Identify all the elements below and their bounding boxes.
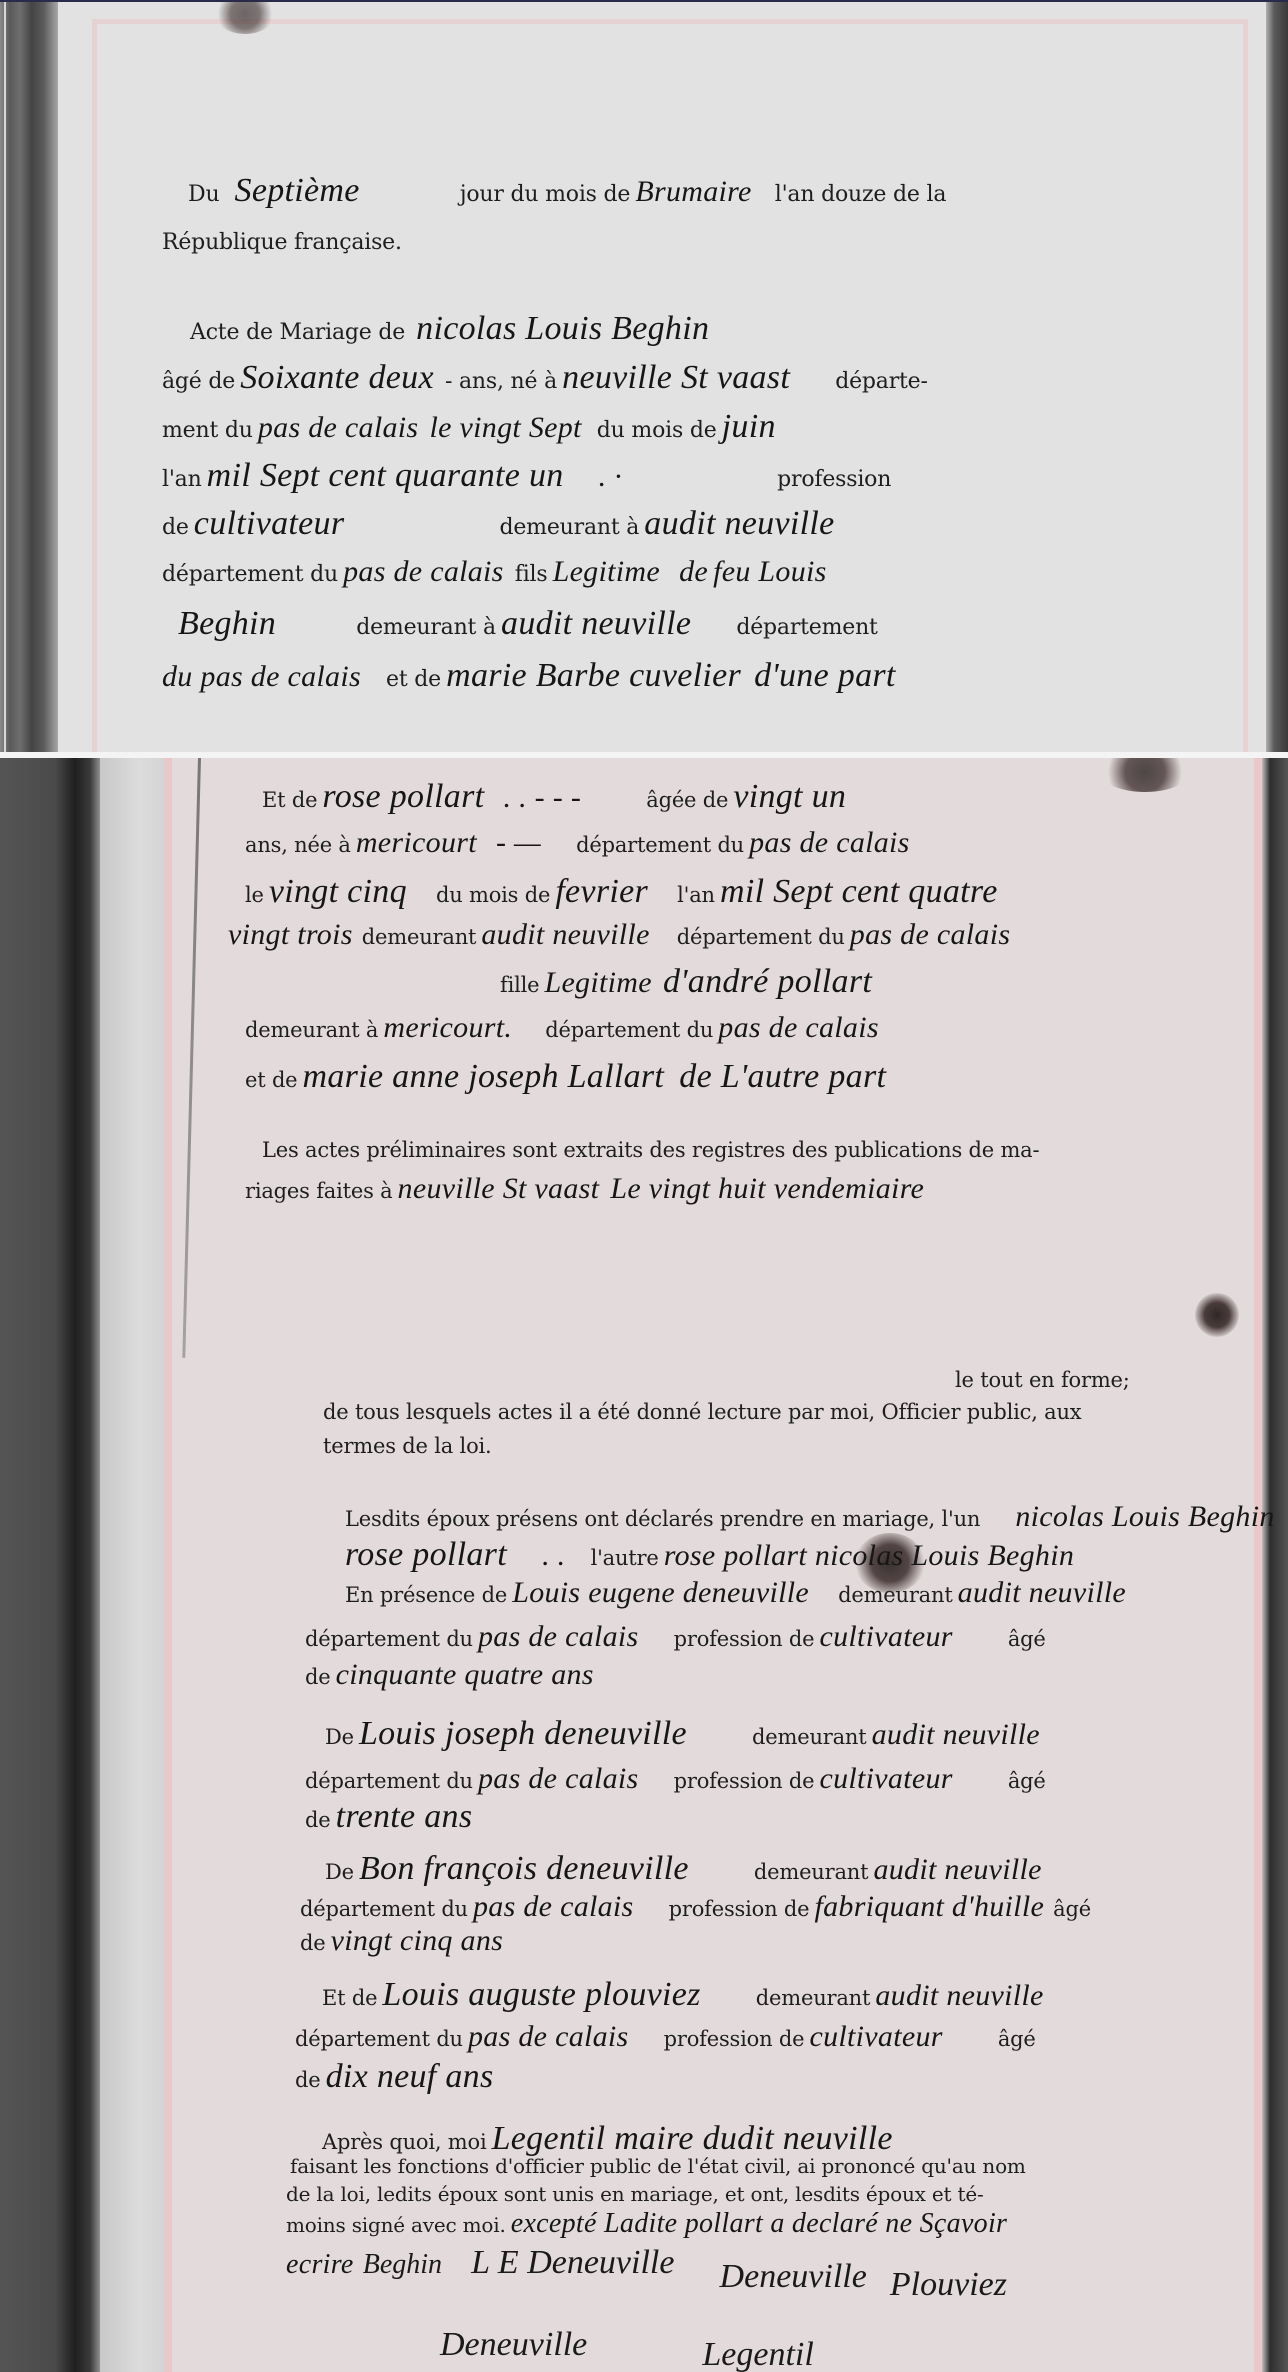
- handwritten-residence: audit neuville: [875, 1979, 1043, 2012]
- printed-text: - ans, né à: [445, 369, 557, 394]
- handwritten-filiation: Legitime: [553, 555, 660, 588]
- printed-text: département du: [295, 2027, 463, 2051]
- printed-text: département du: [300, 1897, 468, 1921]
- printed-text: et de: [245, 1068, 297, 1092]
- printed-text: le tout en forme;: [955, 1368, 1130, 1392]
- witness-1-line: En présence de Louis eugene deneuville d…: [345, 1576, 1126, 1610]
- printed-text: Acte de Mariage de: [190, 320, 405, 345]
- handwritten-department: pas de calais: [850, 918, 1011, 951]
- handwritten-age: cinquante quatre ans: [336, 1658, 594, 1691]
- handwritten-profession: cultivateur: [194, 505, 345, 542]
- register-page-1: Du Septième jour du mois de Brumaire l'a…: [0, 2, 1288, 752]
- handwritten-bride-name: rose pollart: [322, 778, 484, 815]
- handwritten-date: vingt cinq: [269, 873, 407, 910]
- handwritten-year: mil Sept cent quatre: [720, 873, 998, 910]
- signed-line: moins signé avec moi. excepté Ladite pol…: [286, 2208, 1007, 2240]
- handwritten-residence: audit neuville: [481, 918, 649, 951]
- handwritten-text: d'une part: [754, 657, 896, 694]
- groom-father-line: département du pas de calais fils Legiti…: [162, 555, 827, 589]
- printed-text: et de: [386, 667, 441, 692]
- printed-text: profession de: [674, 1627, 815, 1651]
- page-edge: [100, 758, 164, 2372]
- handwritten-residence: audit neuville: [958, 1576, 1126, 1609]
- republic-line: République française.: [162, 230, 402, 255]
- groom-name-line: Acte de Mariage de nicolas Louis Beghin: [190, 310, 709, 348]
- handwritten-day: Septième: [235, 172, 360, 209]
- handwritten-profession: cultivateur: [819, 1762, 952, 1795]
- publication-line: riages faites à neuville St vaast Le vin…: [245, 1172, 924, 1206]
- witness-1-details-line: département du pas de calais profession …: [305, 1620, 1046, 1654]
- groom-profession-line: de cultivateur demeurant à audit neuvill…: [162, 505, 835, 543]
- filler-dots: . .: [542, 1539, 565, 1572]
- handwritten-residence: audit neuville: [644, 505, 834, 542]
- handwritten-department: pas de calais: [258, 411, 419, 444]
- handwritten-residence: audit neuville: [873, 1853, 1041, 1886]
- handwritten-witness-name: Louis joseph deneuville: [359, 1715, 687, 1752]
- printed-text: demeurant: [756, 1986, 870, 2010]
- handwritten-age: vingt cinq ans: [331, 1924, 504, 1957]
- handwritten-department: pas de calais: [473, 1890, 634, 1923]
- in-form-text: le tout en forme;: [955, 1368, 1130, 1392]
- handwritten-date: Le vingt huit vendemiaire: [610, 1172, 924, 1205]
- witness-4-details-line: département du pas de calais profession …: [295, 2020, 1036, 2054]
- handwritten-text: de: [679, 555, 708, 588]
- reading-line: de tous lesquels actes il a été donné le…: [323, 1400, 1081, 1424]
- printed-text: le: [245, 883, 264, 907]
- printed-text: demeurant: [838, 1583, 952, 1607]
- binding-left: [0, 758, 100, 2372]
- signatures-row-2: Deneuville Legentil: [440, 2326, 814, 2364]
- witness-2-line: De Louis joseph deneuville demeurant aud…: [325, 1715, 1040, 1753]
- bride-birthplace-line: ans, née à mericourt - — département du …: [245, 826, 910, 860]
- officer-line: Après quoi, moi Legentil maire dudit neu…: [322, 2120, 893, 2158]
- handwritten-department: pas de calais: [749, 826, 910, 859]
- printed-text: profession de: [664, 2027, 805, 2051]
- handwritten-name: rose pollart: [345, 1536, 507, 1573]
- printed-text: départe-: [835, 369, 928, 394]
- printed-text: l'an douze de la: [775, 182, 947, 207]
- printed-text: âgé: [1008, 1627, 1046, 1651]
- printed-text: département: [736, 615, 877, 640]
- handwritten-department: pas de calais: [468, 2020, 629, 2053]
- handwritten-residence: audit neuville: [501, 605, 691, 642]
- register-page-2: Et de rose pollart . . - - - âgée de vin…: [0, 758, 1288, 2372]
- preliminary-acts-line: Les actes préliminaires sont extraits de…: [262, 1138, 1039, 1162]
- printed-text: département du: [305, 1769, 473, 1793]
- handwritten-month: Brumaire: [635, 175, 751, 208]
- printed-text: ans, née à: [245, 833, 351, 857]
- printed-text: En présence de: [345, 1583, 507, 1607]
- printed-text: demeurant: [362, 925, 476, 949]
- printed-text: jour du mois de: [460, 182, 631, 207]
- printed-text: profession de: [674, 1769, 815, 1793]
- handwritten-age: Soixante deux: [240, 359, 434, 396]
- bride-name-line: Et de rose pollart . . - - - âgée de vin…: [262, 778, 846, 816]
- printed-text: de: [300, 1931, 325, 1955]
- printed-text: Lesdits époux présens ont déclarés prend…: [345, 1507, 980, 1531]
- handwritten-mother-name: marie Barbe cuvelier: [446, 657, 741, 694]
- printed-text: de: [162, 515, 189, 540]
- handwritten-month: juin: [722, 408, 776, 445]
- printed-text: âgé: [998, 2027, 1036, 2051]
- printed-text: moins signé avec moi.: [286, 2213, 506, 2237]
- printed-text: fille: [500, 973, 539, 997]
- printed-text: De: [325, 1860, 354, 1884]
- groom-birthyear-line: l'an mil Sept cent quarante un . · profe…: [162, 457, 891, 495]
- printed-frame: [1254, 758, 1262, 2372]
- printed-text: demeurant: [752, 1725, 866, 1749]
- witness-3-details-line: département du pas de calais profession …: [300, 1890, 1091, 1924]
- handwritten-birthplace: mericourt: [356, 826, 477, 859]
- handwritten-year: vingt trois: [228, 918, 353, 951]
- handwritten-officer-name: Legentil maire dudit neuville: [492, 2120, 893, 2157]
- handwritten-text: de L'autre part: [679, 1058, 886, 1095]
- witness-4-line: Et de Louis auguste plouviez demeurant a…: [322, 1976, 1044, 2014]
- handwritten-birthplace: neuville St vaast: [562, 359, 790, 396]
- groom-mother-line: du pas de calais et de marie Barbe cuvel…: [162, 657, 896, 695]
- signature-le-deneuville: L E Deneuville: [471, 2244, 674, 2281]
- handwritten-groom-name: nicolas Louis Beghin: [416, 310, 709, 347]
- handwritten-profession: cultivateur: [809, 2020, 942, 2053]
- printed-text: de la loi, ledits époux sont unis en mar…: [286, 2182, 984, 2206]
- handwritten-father-surname: Beghin: [178, 605, 276, 642]
- printed-text: de: [295, 2068, 320, 2092]
- handwritten-father-name: feu Louis: [713, 555, 827, 588]
- handwritten-residence: audit neuville: [872, 1718, 1040, 1751]
- printed-text: ment du: [162, 418, 253, 443]
- printed-text: demeurant à: [499, 515, 639, 540]
- filler-dots: . ·: [599, 460, 622, 493]
- printed-text: département du: [305, 1627, 473, 1651]
- groom-age-line: âgé de Soixante deux - ans, né à neuvill…: [162, 359, 928, 397]
- handwritten-department: pas de calais: [718, 1011, 879, 1044]
- printed-text: l'autre: [591, 1546, 659, 1570]
- handwritten-department: pas de calais: [343, 555, 504, 588]
- printed-text: âgée de: [646, 788, 728, 812]
- groom-father-residence-line: Beghin demeurant à audit neuville départ…: [178, 605, 878, 643]
- printed-text: République française.: [162, 230, 402, 255]
- spouses-line: rose pollart . . l'autre rose pollart ni…: [345, 1536, 1074, 1574]
- handwritten-name: rose pollart nicolas Louis Beghin: [664, 1539, 1074, 1572]
- handwritten-year: mil Sept cent quarante un: [207, 457, 564, 494]
- binding-right: [1262, 758, 1288, 2372]
- printed-text: département du: [545, 1018, 713, 1042]
- signatures-row-1: ecrire Beghin L E Deneuville Deneuville …: [286, 2244, 1007, 2282]
- bride-residence-line: vingt trois demeurant audit neuville dép…: [228, 918, 1010, 952]
- printed-text: demeurant à: [356, 615, 496, 640]
- witness-2-details-line: département du pas de calais profession …: [305, 1762, 1046, 1796]
- handwritten-age: dix neuf ans: [326, 2058, 494, 2095]
- printed-text: fils: [515, 562, 548, 587]
- printed-text: riages faites à: [245, 1179, 392, 1203]
- handwritten-month: fevrier: [555, 873, 648, 910]
- handwritten-note: ecrire: [286, 2249, 354, 2280]
- printed-text: profession: [777, 467, 891, 492]
- printed-frame: [164, 758, 172, 2372]
- printed-text: Et de: [322, 1986, 377, 2010]
- signature-legentil: Legentil: [702, 2336, 813, 2372]
- groom-birthdate-line: ment du pas de calais le vingt Sept du m…: [162, 408, 776, 446]
- printed-text: Après quoi, moi: [322, 2130, 486, 2154]
- binding-left: [0, 2, 58, 752]
- handwritten-residence: mericourt.: [383, 1011, 512, 1044]
- printed-text: du mois de: [597, 418, 717, 443]
- ink-stain: [1195, 1293, 1239, 1337]
- handwritten-date: le vingt Sept: [430, 411, 582, 444]
- bride-father-residence-line: demeurant à mericourt. département du pa…: [245, 1011, 879, 1045]
- witness-1-age-line: de cinquante quatre ans: [305, 1658, 594, 1692]
- printed-text: du mois de: [436, 883, 550, 907]
- printed-text: âgé de: [162, 369, 235, 394]
- handwritten-department: du pas de calais: [162, 660, 361, 693]
- handwritten-profession: cultivateur: [819, 1620, 952, 1653]
- printed-text: de tous lesquels actes il a été donné le…: [323, 1400, 1081, 1424]
- handwritten-department: pas de calais: [478, 1620, 639, 1653]
- handwritten-name: nicolas Louis Beghin: [1015, 1500, 1274, 1533]
- printed-text: de: [305, 1665, 330, 1689]
- printed-text: De: [325, 1725, 354, 1749]
- printed-text: demeurant à: [245, 1018, 378, 1042]
- law-terms-line: termes de la loi.: [323, 1434, 492, 1458]
- witness-2-age-line: de trente ans: [305, 1798, 472, 1836]
- handwritten-mother-name: marie anne joseph Lallart: [303, 1058, 665, 1095]
- officer-function-line: faisant les fonctions d'officier public …: [290, 2154, 1026, 2178]
- printed-text: demeurant: [754, 1860, 868, 1884]
- printed-text: âgé: [1053, 1897, 1091, 1921]
- printed-text: Les actes préliminaires sont extraits de…: [262, 1138, 1039, 1162]
- printed-text: faisant les fonctions d'officier public …: [290, 2154, 1026, 2178]
- handwritten-witness-name: Bon françois deneuville: [359, 1850, 689, 1887]
- handwritten-witness-name: Louis auguste plouviez: [382, 1976, 700, 2013]
- handwritten-department: pas de calais: [478, 1762, 639, 1795]
- handwritten-profession: fabriquant d'huille: [814, 1890, 1044, 1923]
- printed-text: l'an: [677, 883, 715, 907]
- handwritten-place: neuville St vaast: [398, 1172, 600, 1205]
- bride-birthdate-line: le vingt cinq du mois de fevrier l'an mi…: [245, 873, 998, 911]
- printed-text: de: [305, 1808, 330, 1832]
- handwritten-age: vingt un: [733, 778, 846, 815]
- printed-text: âgé: [1008, 1769, 1046, 1793]
- signature-beghin: Beghin: [363, 2249, 442, 2280]
- declaration-line: Lesdits époux présens ont déclarés prend…: [345, 1500, 1275, 1534]
- act-date-line: Du Septième jour du mois de Brumaire l'a…: [188, 172, 946, 210]
- filler-dash: - —: [496, 826, 541, 859]
- printed-text: département du: [677, 925, 845, 949]
- witness-3-age-line: de vingt cinq ans: [300, 1924, 503, 1958]
- signature-plouviez: Plouviez: [890, 2266, 1007, 2303]
- witness-3-line: De Bon françois deneuville demeurant aud…: [325, 1850, 1042, 1888]
- witness-4-age-line: de dix neuf ans: [295, 2058, 493, 2096]
- printed-text: l'an: [162, 467, 202, 492]
- union-line: de la loi, ledits époux sont unis en mar…: [286, 2182, 984, 2206]
- filler-dots: . . - - -: [503, 781, 581, 814]
- signature-deneuville: Deneuville: [440, 2326, 587, 2363]
- handwritten-father-name: d'andré pollart: [663, 963, 872, 1000]
- printed-text: Et de: [262, 788, 317, 812]
- printed-text: département du: [162, 562, 338, 587]
- printed-text: profession de: [669, 1897, 810, 1921]
- signature-deneuville: Deneuville: [720, 2258, 867, 2295]
- handwritten-witness-name: Louis eugene deneuville: [512, 1576, 809, 1609]
- handwritten-filiation: Legitime: [544, 966, 651, 999]
- bride-mother-line: et de marie anne joseph Lallart de L'aut…: [245, 1058, 886, 1096]
- handwritten-age: trente ans: [336, 1798, 473, 1835]
- printed-text: termes de la loi.: [323, 1434, 492, 1458]
- printed-text: département du: [576, 833, 744, 857]
- printed-text: Du: [188, 182, 219, 207]
- bride-father-line: fille Legitime d'andré pollart: [500, 963, 872, 1001]
- binding-right: [1266, 2, 1288, 752]
- handwritten-note: excepté Ladite pollart a declaré ne Sçav…: [511, 2208, 1008, 2239]
